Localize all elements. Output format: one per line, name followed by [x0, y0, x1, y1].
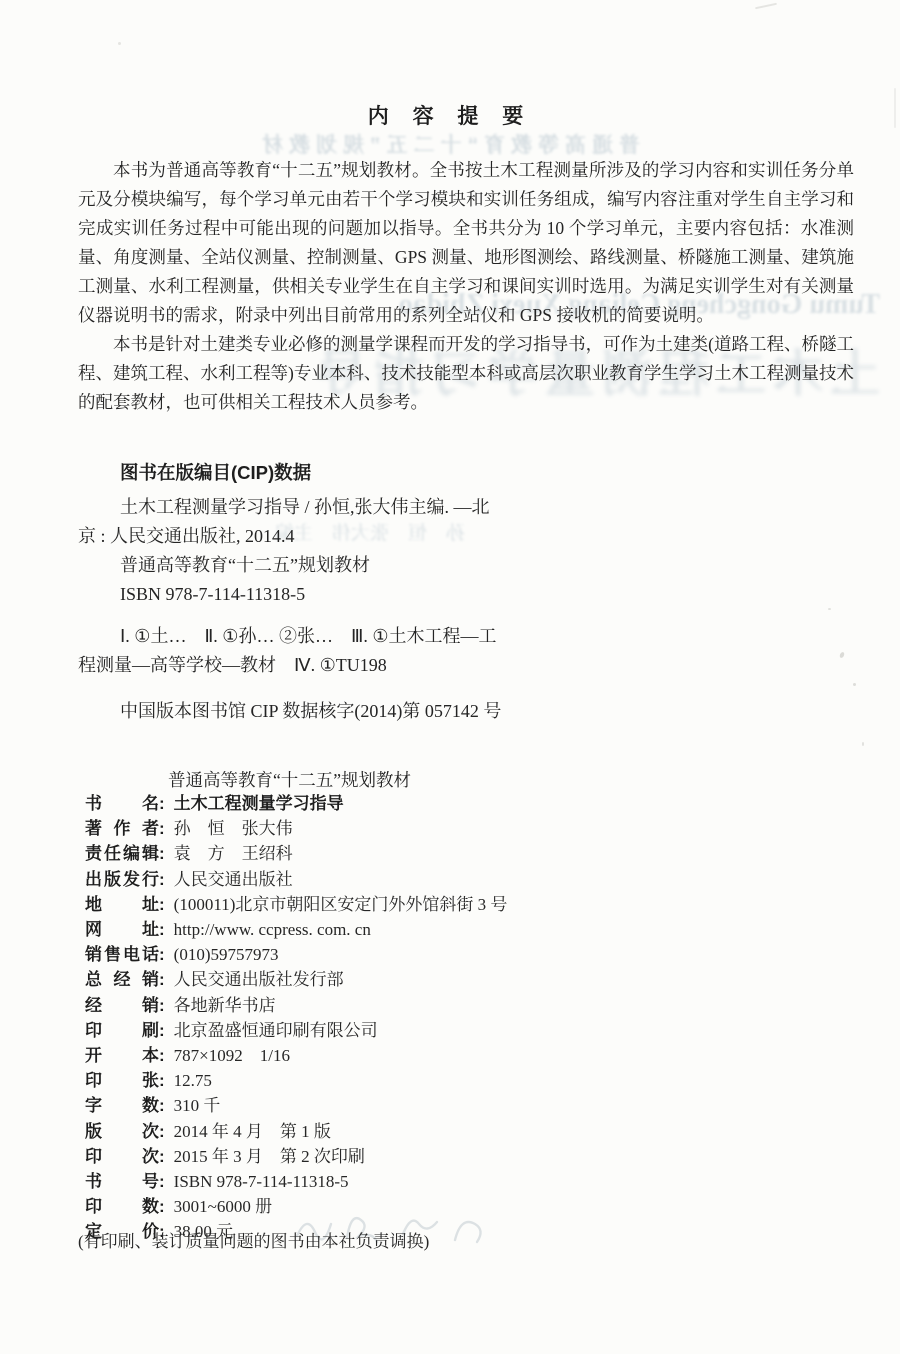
row-value: 土木工程测量学习指导 — [174, 794, 344, 813]
row-value: ISBN 978-7-114-11318-5 — [174, 1172, 349, 1191]
colophon-row-distributor: 总经销:人民交通出版社发行部 — [85, 968, 825, 993]
row-value: 3001~6000 册 — [174, 1197, 272, 1216]
row-label: 字数 — [85, 1094, 159, 1118]
cip-heading: 图书在版编目(CIP)数据 — [120, 459, 311, 485]
row-value: (100011)北京市朝阳区安定门外外馆斜街 3 号 — [174, 895, 508, 914]
scan-speck — [853, 683, 856, 686]
colophon-series: 普通高等教育“十二五”规划教材 — [168, 767, 411, 792]
row-value: 2015 年 3 月 第 2 次印刷 — [174, 1147, 365, 1166]
row-label: 开本 — [85, 1044, 159, 1068]
row-colon: : — [159, 970, 165, 989]
row-value: http://www. ccpress. com. cn — [174, 920, 371, 939]
row-value: 孙 恒 张大伟 — [174, 819, 293, 838]
row-colon: : — [159, 996, 165, 1015]
cip-line: 程测量—高等学校—教材 Ⅳ. ①TU198 — [78, 651, 818, 680]
cip-line: 中国版本图书馆 CIP 数据核字(2014)第 057142 号 — [78, 697, 818, 726]
colophon-row-retail: 经销:各地新华书店 — [85, 994, 825, 1019]
row-label: 版次 — [85, 1120, 159, 1144]
colophon-row-isbn: 书号:ISBN 978-7-114-11318-5 — [85, 1170, 825, 1195]
colophon-row-website: 网址:http://www. ccpress. com. cn — [85, 918, 825, 943]
summary-paragraph-1: 本书为普通高等教育“十二五”规划教材。全书按土木工程测量所涉及的学习内容和实训任… — [78, 156, 854, 330]
row-value: 310 千 — [174, 1096, 221, 1115]
summary-body: 本书为普通高等教育“十二五”规划教材。全书按土木工程测量所涉及的学习内容和实训任… — [78, 156, 854, 417]
cip-line: 普通高等教育“十二五”规划教材 — [78, 551, 818, 580]
colophon-row-printer: 印刷:北京盈盛恒通印刷有限公司 — [85, 1019, 825, 1044]
summary-title: 内 容 提 要 — [78, 100, 822, 130]
row-label: 出版发行 — [85, 868, 159, 892]
row-colon: : — [159, 1147, 165, 1166]
row-label: 网址 — [85, 918, 159, 942]
ghost-series-text: 普通高等教育“十二五”规划教材 — [240, 129, 640, 159]
row-label: 书名 — [85, 792, 159, 816]
scan-speck — [828, 608, 831, 610]
row-value: 12.75 — [174, 1071, 212, 1090]
cip-line: ISBN 978-7-114-11318-5 — [78, 580, 818, 609]
row-value: (010)59757973 — [174, 945, 279, 964]
row-colon: : — [159, 920, 165, 939]
row-value: 2014 年 4 月 第 1 版 — [174, 1122, 331, 1141]
colophon-row-sales-phone: 销售电话:(010)59757973 — [85, 943, 825, 968]
row-colon: : — [159, 1122, 165, 1141]
colophon-row-print-run: 印数:3001~6000 册 — [85, 1195, 825, 1220]
colophon-row-edition: 版次:2014 年 4 月 第 1 版 — [85, 1120, 825, 1145]
row-colon: : — [159, 1071, 165, 1090]
row-colon: : — [159, 1021, 165, 1040]
scan-speck — [894, 88, 896, 128]
cip-line: 京 : 人民交通出版社, 2014.4 — [78, 522, 818, 551]
colophon-row-word-count: 字数:310 千 — [85, 1094, 825, 1119]
row-colon: : — [159, 1172, 165, 1191]
colophon-row-editor: 责任编辑:袁 方 王绍科 — [85, 842, 825, 867]
row-colon: : — [159, 794, 165, 813]
row-colon: : — [159, 895, 165, 914]
summary-paragraph-2: 本书是针对土建类专业必修的测量学课程而开发的学习指导书，可作为土建类(道路工程、… — [78, 330, 854, 417]
row-label: 书号 — [85, 1170, 159, 1194]
row-colon: : — [159, 870, 165, 889]
scan-speck — [862, 742, 864, 746]
row-label: 印刷 — [85, 1019, 159, 1043]
cip-line: 土木工程测量学习指导 / 孙恒,张大伟主编. —北 — [78, 493, 818, 522]
cip-block: 土木工程测量学习指导 / 孙恒,张大伟主编. —北 京 : 人民交通出版社, 2… — [78, 493, 818, 726]
row-label: 总经销 — [85, 968, 159, 992]
row-value: 787×1092 1/16 — [174, 1046, 290, 1065]
row-label: 经销 — [85, 994, 159, 1018]
colophon-row-sheets: 印张:12.75 — [85, 1069, 825, 1094]
row-label: 印张 — [85, 1069, 159, 1093]
row-colon: : — [159, 844, 165, 863]
row-colon: : — [159, 945, 165, 964]
row-value: 人民交通出版社发行部 — [174, 970, 344, 989]
row-label: 印次 — [85, 1145, 159, 1169]
quality-note: (有印刷、装订质量问题的图书由本社负责调换) — [78, 1227, 429, 1252]
colophon-row-authors: 著作者:孙 恒 张大伟 — [85, 817, 825, 842]
colophon-rows: 书名:土木工程测量学习指导 著作者:孙 恒 张大伟 责任编辑:袁 方 王绍科 出… — [85, 792, 825, 1246]
cip-line: Ⅰ. ①土… Ⅱ. ①孙… ②张… Ⅲ. ①土木工程—工 — [78, 622, 818, 651]
colophon-row-address: 地址:(100011)北京市朝阳区安定门外外馆斜街 3 号 — [85, 893, 825, 918]
colophon-row-impression: 印次:2015 年 3 月 第 2 次印刷 — [85, 1145, 825, 1170]
book-copyright-page: 普通高等教育“十二五”规划教材 Tumu Gongcheng Celiang X… — [0, 0, 900, 1354]
row-label: 印数 — [85, 1195, 159, 1219]
row-colon: : — [159, 1096, 165, 1115]
row-value: 各地新华书店 — [174, 996, 276, 1015]
row-label: 著作者 — [85, 817, 159, 841]
row-value: 北京盈盛恒通印刷有限公司 — [174, 1021, 378, 1040]
row-value: 袁 方 王绍科 — [174, 844, 293, 863]
row-colon: : — [159, 1197, 165, 1216]
colophon-row-publisher: 出版发行:人民交通出版社 — [85, 868, 825, 893]
colophon-row-format: 开本:787×1092 1/16 — [85, 1044, 825, 1069]
row-value: 人民交通出版社 — [174, 870, 293, 889]
row-label: 地址 — [85, 893, 159, 917]
scan-speck — [839, 651, 845, 658]
scan-speck — [118, 42, 121, 45]
row-label: 责任编辑 — [85, 842, 159, 866]
row-colon: : — [159, 1046, 165, 1065]
scan-speck — [755, 3, 777, 10]
row-label: 销售电话 — [85, 943, 159, 967]
row-colon: : — [159, 819, 165, 838]
colophon-row-book-title: 书名:土木工程测量学习指导 — [85, 792, 825, 817]
